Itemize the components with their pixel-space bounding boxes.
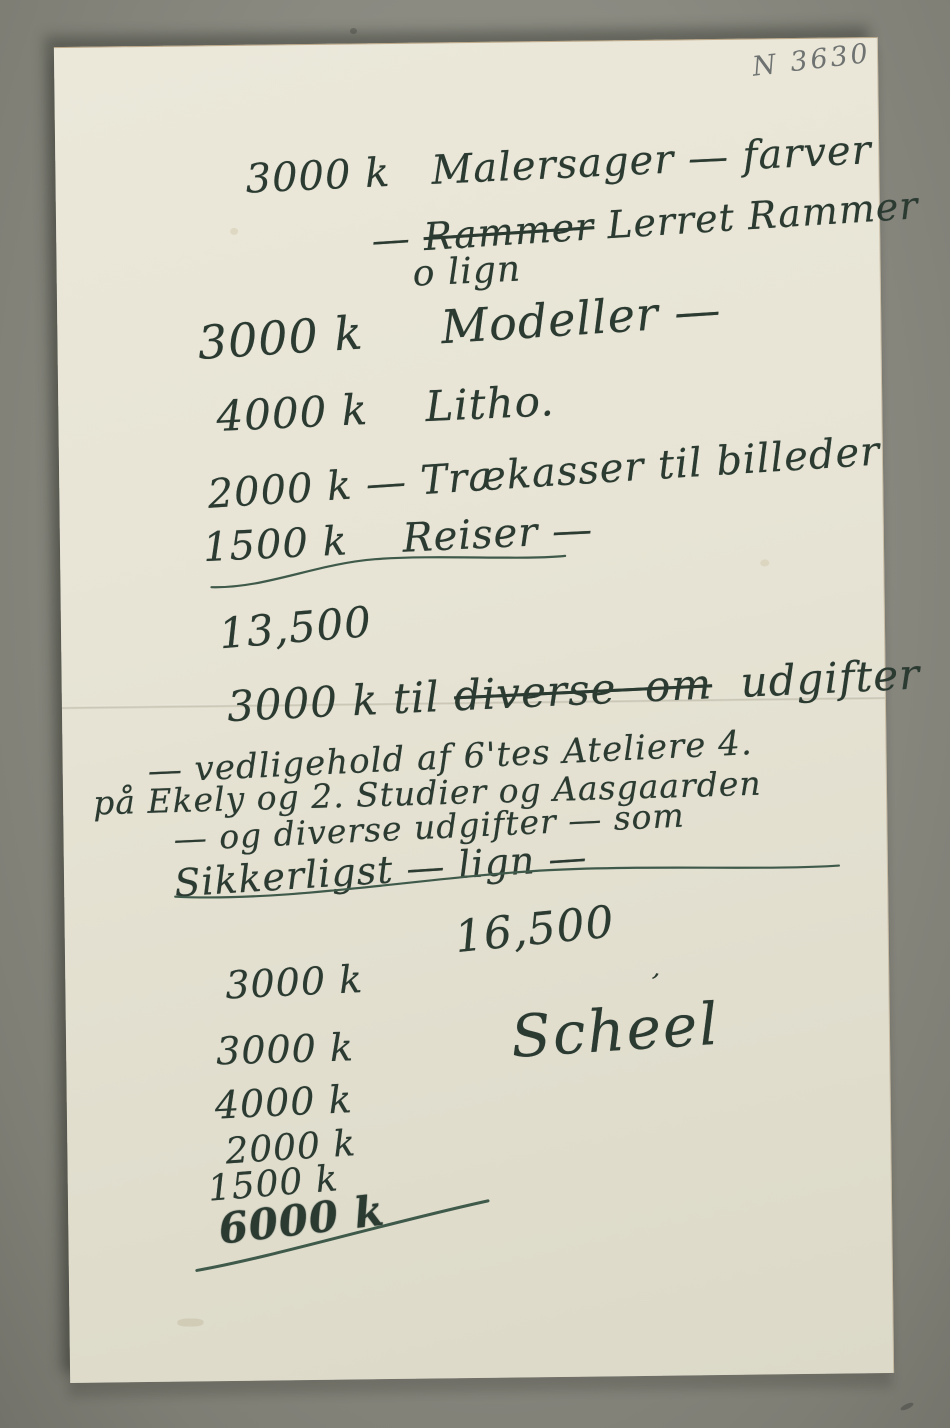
dust-speck bbox=[350, 28, 357, 34]
total-amount: 16,500 bbox=[453, 896, 617, 963]
handwritten-line-litho: 4000 k Litho. bbox=[215, 376, 555, 441]
paper-sheet: N 3630 3000 k Malersager — farver — Ramm… bbox=[54, 37, 894, 1383]
handwritten-line-frames: — Rammer Lerret Rammer bbox=[370, 183, 919, 262]
dust-speck bbox=[900, 1401, 915, 1411]
handwritten-line-models: 3000 k Modeller — bbox=[196, 282, 723, 370]
tally-item: 4000 k bbox=[214, 1077, 354, 1127]
line-expenses-prefix: 3000 k til bbox=[226, 671, 455, 731]
paper-stain bbox=[760, 559, 769, 566]
tally-item: 3000 k bbox=[216, 1025, 355, 1073]
signature: Scheel bbox=[509, 990, 722, 1071]
total-rule-stroke bbox=[169, 858, 849, 906]
line-frames-suffix: Lerret Rammer bbox=[593, 183, 920, 248]
subtotal-amount: 13,500 bbox=[217, 597, 373, 658]
catalog-number: N 3630 bbox=[751, 38, 873, 83]
paper-stain bbox=[230, 228, 238, 235]
tally-item: 3000 k bbox=[224, 957, 364, 1007]
paper-stain bbox=[177, 1318, 203, 1326]
line-expenses-suffix: udgifter bbox=[711, 649, 921, 708]
handwritten-line-crates: 2000 k — Trækasser til billeder bbox=[206, 428, 881, 517]
photo-mount-background: N 3630 3000 k Malersager — farver — Ramm… bbox=[0, 0, 950, 1428]
tally-underline-stroke bbox=[190, 1191, 501, 1279]
handwritten-line-expenses: 3000 k til diverse om udgifter bbox=[226, 649, 921, 731]
sum-rule-stroke bbox=[205, 547, 576, 597]
line-expenses-struck-words: diverse om bbox=[453, 659, 713, 720]
handwritten-line-and-similar: o lign bbox=[412, 249, 522, 295]
